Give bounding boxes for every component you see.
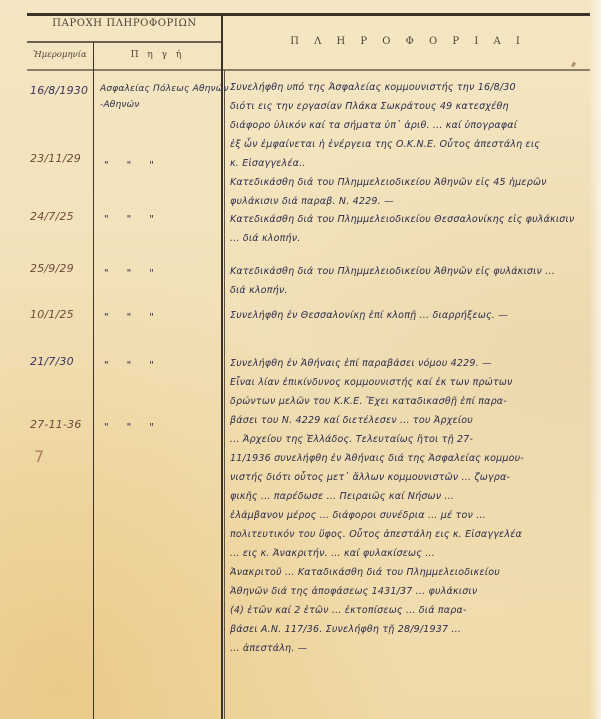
header-bottom-rule — [27, 69, 590, 71]
entry-source: Ασφαλείας Πόλεως Αθηνών — [100, 84, 218, 94]
header-date: Ἡμερομηνία — [27, 50, 93, 60]
source-info-divider-inner — [224, 70, 225, 719]
entry-date: 16/8/1930 — [30, 84, 92, 97]
entry-info: Κατεδικάσθη διά του Πλημμελειοδικείου Ἀθ… — [230, 173, 547, 211]
ink-speck — [571, 62, 576, 68]
entry-source-ditto: """ — [100, 360, 222, 371]
entry-date: 21/7/30 — [30, 355, 92, 368]
margin-mark: 7 — [34, 447, 44, 466]
header-group-title: ΠΑΡΟΧΗ ΠΛΗΡΟΦΟΡΙΩΝ — [27, 18, 222, 29]
entry-date: 25/9/29 — [30, 262, 92, 275]
entry-info: Κατεδικάσθη διά του Πλημμελειοδικείου Ἀθ… — [230, 262, 555, 300]
entry-source-ditto: """ — [100, 312, 222, 323]
date-source-divider — [93, 42, 94, 719]
entry-info: Συνελήφθη ἐν Ἀθήναις ἐπί παραβάσει νόμου… — [230, 354, 512, 449]
entry-source-ditto: """ — [100, 422, 222, 433]
header-group-rule — [27, 41, 222, 43]
entry-source-ditto: """ — [100, 160, 222, 171]
header-info: Π Λ Η Ρ Ο Φ Ο Ρ Ι Α Ι — [226, 36, 590, 47]
entry-source-ditto: """ — [100, 214, 222, 225]
entry-info: Συνελήφθη ἐν Θεσσαλονίκῃ ἐπί κλοπῇ ... δ… — [230, 306, 508, 325]
entry-date: 24/7/25 — [30, 210, 92, 223]
entry-date: 23/11/29 — [30, 152, 92, 165]
entry-source: -Αθηνών — [100, 100, 218, 110]
entry-source-ditto: """ — [100, 268, 222, 279]
top-rule — [27, 13, 590, 16]
entry-info: Κατεδικάσθη διά του Πλημμελειοδικείου Θε… — [230, 210, 574, 248]
entry-info: 11/1936 συνελήφθη ἐν Ἀθήναις διά της Ἀσφ… — [230, 449, 524, 658]
entry-date: 10/1/25 — [30, 308, 92, 321]
header-source: Π η γ ή — [94, 50, 221, 60]
entry-date: 27-11-36 — [30, 418, 92, 431]
entry-info: Συνελήφθη υπό της Ἀσφαλείας κομμουνιστής… — [230, 78, 540, 173]
paper-edge — [589, 0, 601, 719]
